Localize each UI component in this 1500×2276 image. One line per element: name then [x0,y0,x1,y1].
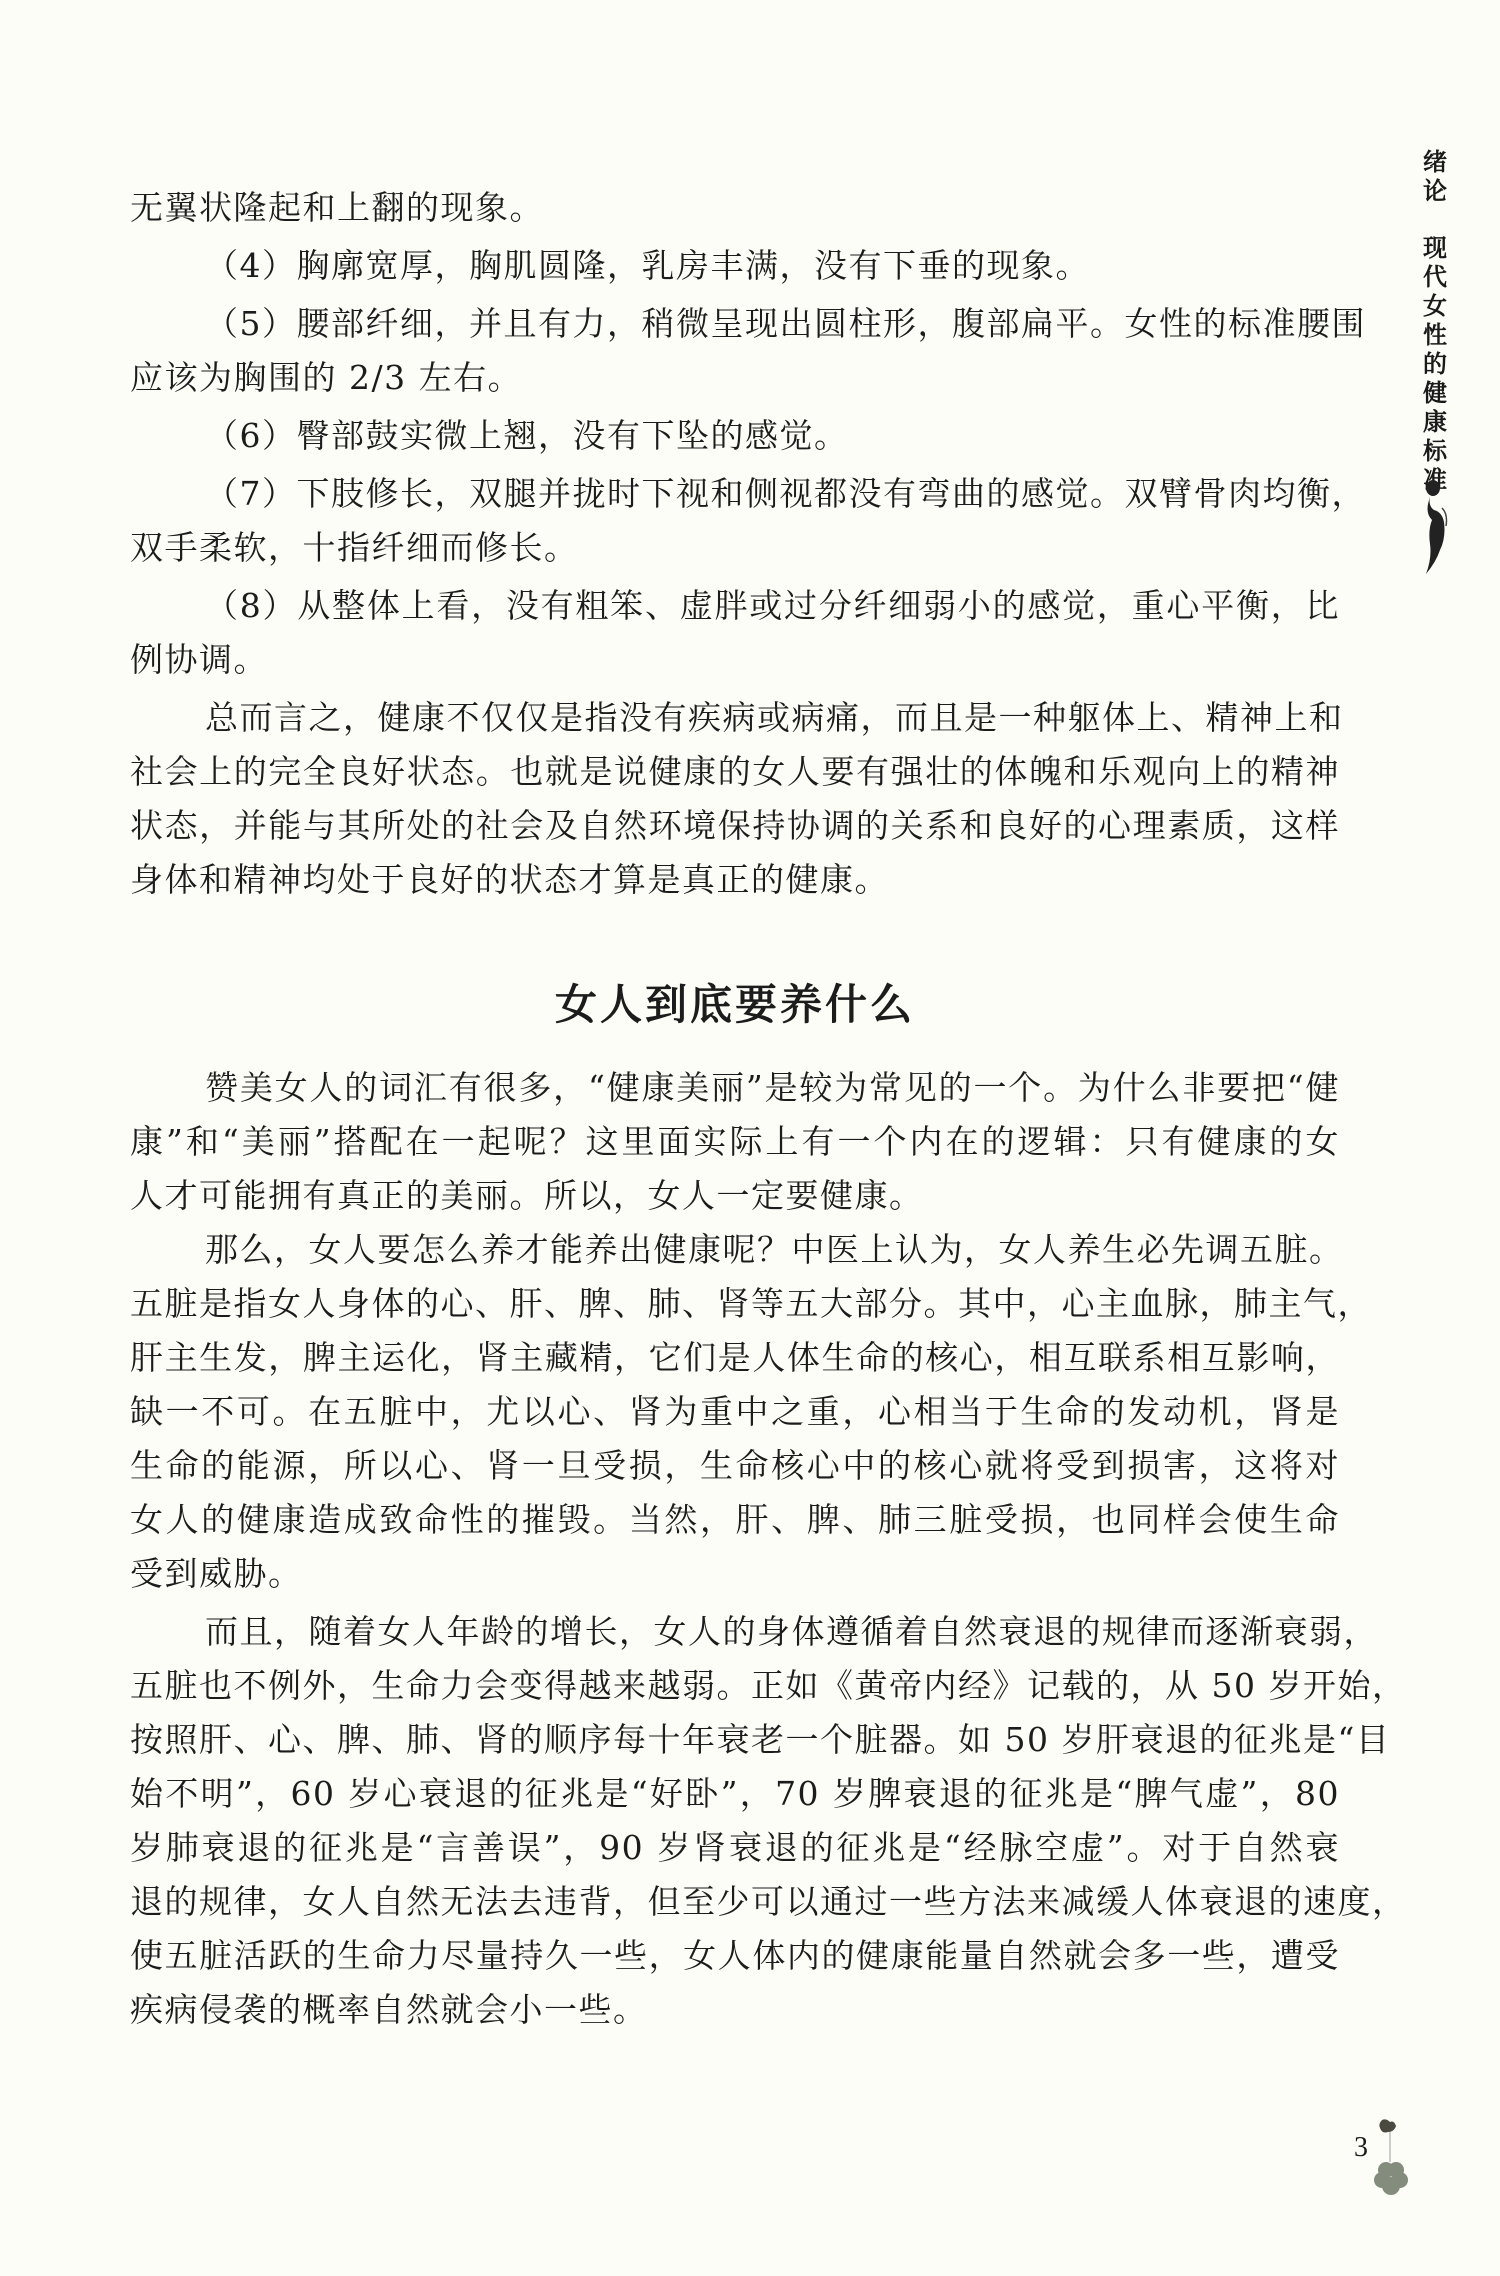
body-line: 应该为胸围的 2/3 左右。 [130,358,522,398]
body-line: 退的规律，女人自然无法去违背，但至少可以通过一些方法来减缓人体衰退的速度， [130,1882,1340,1922]
list-item-7: （7）下肢修长，双腿并拢时下视和侧视都没有弯曲的感觉。双臂骨肉均衡， [205,474,1340,514]
body-line: 五脏是指女人身体的心、肝、脾、肺、肾等五大部分。其中，心主血脉，肺主气， [130,1284,1340,1324]
body-line: 无翼状隆起和上翻的现象。 [130,188,544,228]
side-tab-char: 论 [1418,177,1452,206]
body-line: 使五脏活跃的生命力尽量持久一些，女人体内的健康能量自然就会多一些，遭受 [130,1936,1340,1976]
side-tab-char: 性 [1418,321,1452,350]
paragraph-line: 那么，女人要怎么养才能养出健康呢？中医上认为，女人养生必先调五脏。 [205,1230,1340,1270]
body-line: 缺一不可。在五脏中，尤以心、肾为重中之重，心相当于生命的发动机，肾是 [130,1392,1340,1432]
chapter-side-tab: 绪 论 现 代 女 性 的 健 康 标 准 [1418,148,1452,495]
woman-silhouette-icon [1418,478,1454,578]
flower-ornament-icon [1360,2118,1420,2238]
list-item-4: （4）胸廓宽厚，胸肌圆隆，乳房丰满，没有下垂的现象。 [205,246,1090,286]
side-tab-char: 的 [1418,350,1452,379]
side-tab-char: 现 [1418,234,1452,263]
list-item-5: （5）腰部纤细，并且有力，稍微呈现出圆柱形，腹部扁平。女性的标准腰围 [205,304,1340,344]
side-tab-char: 绪 [1418,148,1452,177]
body-line: 社会上的完全良好状态。也就是说健康的女人要有强壮的体魄和乐观向上的精神 [130,752,1340,792]
body-line: 康”和“美丽”搭配在一起呢？这里面实际上有一个内在的逻辑：只有健康的女 [130,1122,1340,1162]
side-tab-char: 健 [1418,379,1452,408]
side-tab-char: 代 [1418,263,1452,292]
body-line: 按照肝、心、脾、肺、肾的顺序每十年衰老一个脏器。如 50 岁肝衰退的征兆是“目 [130,1720,1340,1760]
side-tab-char: 标 [1418,437,1452,466]
body-line: 岁肺衰退的征兆是“言善误”，90 岁肾衰退的征兆是“经脉空虚”。对于自然衰 [130,1828,1340,1868]
body-line: 人才可能拥有真正的美丽。所以，女人一定要健康。 [130,1176,924,1216]
section-heading: 女人到底要养什么 [130,972,1340,1032]
list-item-8: （8）从整体上看，没有粗笨、虚胖或过分纤细弱小的感觉，重心平衡，比 [205,586,1340,626]
body-line: 五脏也不例外，生命力会变得越来越弱。正如《黄帝内经》记载的，从 50 岁开始， [130,1666,1340,1706]
body-line: 肝主生发，脾主运化，肾主藏精，它们是人体生命的核心，相互联系相互影响， [130,1338,1340,1378]
body-line: 双手柔软，十指纤细而修长。 [130,528,579,568]
list-item-6: （6）臀部鼓实微上翘，没有下坠的感觉。 [205,416,849,456]
paragraph-summary: 总而言之，健康不仅仅是指没有疾病或病痛，而且是一种躯体上、精神上和 [205,698,1340,738]
body-line: 生命的能源，所以心、肾一旦受损，生命核心中的核心就将受到损害，这将对 [130,1446,1340,1486]
body-line: 身体和精神均处于良好的状态才算是真正的健康。 [130,860,889,900]
body-line: 状态，并能与其所处的社会及自然环境保持协调的关系和良好的心理素质，这样 [130,806,1340,846]
paragraph-line: 赞美女人的词汇有很多，“健康美丽”是较为常见的一个。为什么非要把“健 [205,1068,1340,1108]
side-tab-char: 康 [1418,408,1452,437]
body-line: 女人的健康造成致命性的摧毁。当然，肝、脾、肺三脏受损，也同样会使生命 [130,1500,1340,1540]
paragraph-line: 而且，随着女人年龄的增长，女人的身体遵循着自然衰退的规律而逐渐衰弱， [205,1612,1340,1652]
body-line: 受到威胁。 [130,1554,303,1594]
body-line: 例协调。 [130,640,268,680]
body-line: 始不明”，60 岁心衰退的征兆是“好卧”，70 岁脾衰退的征兆是“脾气虚”，80 [130,1774,1340,1814]
body-line: 疾病侵袭的概率自然就会小一些。 [130,1990,648,2030]
side-tab-char: 女 [1418,292,1452,321]
